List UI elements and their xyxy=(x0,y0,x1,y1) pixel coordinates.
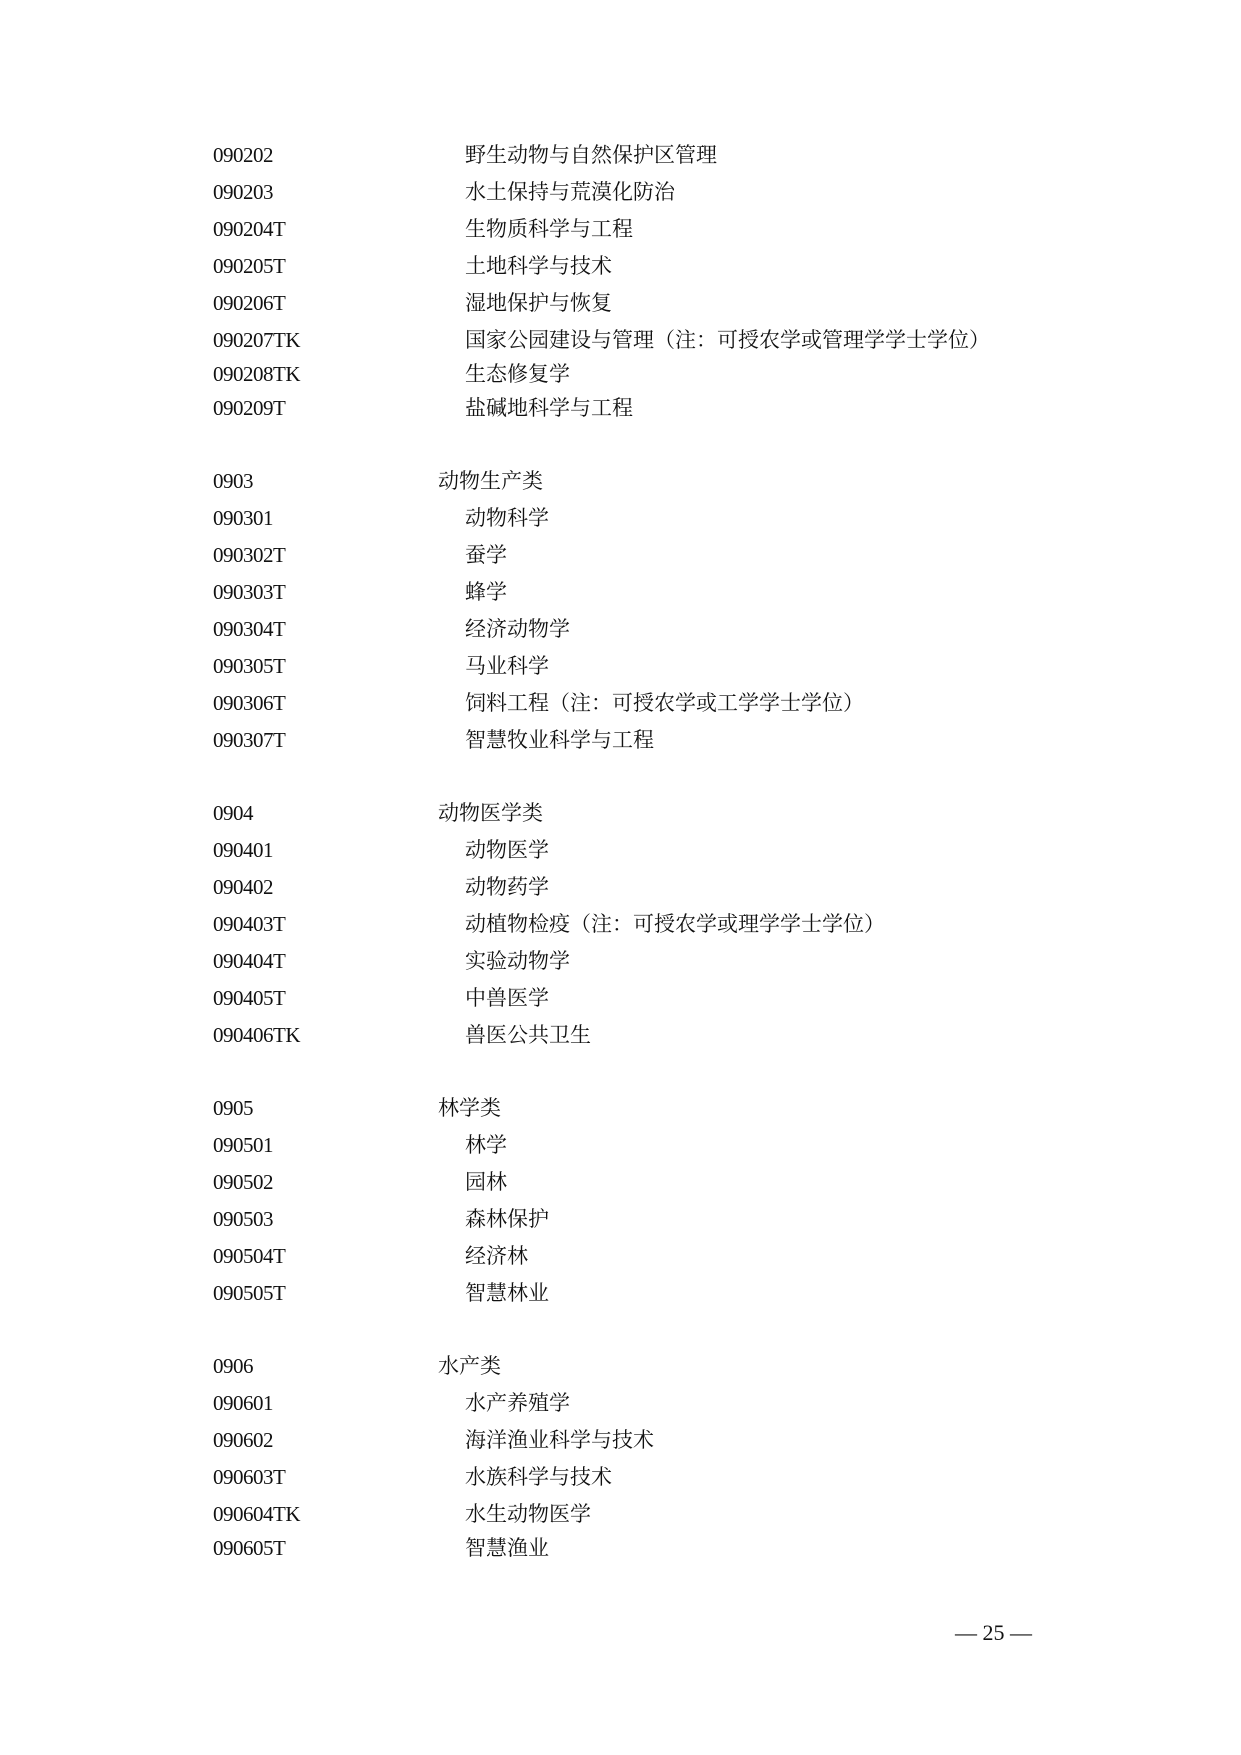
major-name: 经济动物学 xyxy=(465,612,570,646)
major-code: 090205T xyxy=(213,249,285,283)
major-name: 蜂学 xyxy=(465,575,507,609)
major-name: 生态修复学 xyxy=(465,357,570,391)
major-code: 090403T xyxy=(213,907,285,941)
major-row: 090404T实验动物学 xyxy=(0,944,1241,978)
major-code: 090604TK xyxy=(213,1497,300,1531)
major-row: 090503森林保护 xyxy=(0,1202,1241,1236)
major-code: 0904 xyxy=(213,796,253,830)
major-code: 090307T xyxy=(213,723,285,757)
major-code: 090203 xyxy=(213,175,273,209)
major-name: 土地科学与技术 xyxy=(465,249,612,283)
major-code: 090603T xyxy=(213,1460,285,1494)
major-row: 090204T生物质科学与工程 xyxy=(0,212,1241,246)
category-name: 林学类 xyxy=(438,1091,501,1125)
major-code: 090204T xyxy=(213,212,285,246)
major-code: 090406TK xyxy=(213,1018,300,1052)
major-row: 090406TK兽医公共卫生 xyxy=(0,1018,1241,1052)
major-name: 动物科学 xyxy=(465,501,549,535)
major-row: 090205T土地科学与技术 xyxy=(0,249,1241,283)
major-code: 090306T xyxy=(213,686,285,720)
major-name: 水族科学与技术 xyxy=(465,1460,612,1494)
major-code: 090602 xyxy=(213,1423,273,1457)
major-row: 090307T智慧牧业科学与工程 xyxy=(0,723,1241,757)
major-row: 090304T经济动物学 xyxy=(0,612,1241,646)
major-row: 090602海洋渔业科学与技术 xyxy=(0,1423,1241,1457)
major-row: 090306T饲料工程（注：可授农学或工学学士学位） xyxy=(0,686,1241,720)
major-row: 090505T智慧林业 xyxy=(0,1276,1241,1310)
major-code: 090207TK xyxy=(213,323,300,357)
major-code: 090502 xyxy=(213,1165,273,1199)
major-name: 森林保护 xyxy=(465,1202,549,1236)
category-name: 动物医学类 xyxy=(438,796,543,830)
major-name: 动物药学 xyxy=(465,870,549,904)
major-code: 090209T xyxy=(213,391,285,425)
category-name: 水产类 xyxy=(438,1349,501,1383)
major-code: 090505T xyxy=(213,1276,285,1310)
major-row: 090605T智慧渔业 xyxy=(0,1531,1241,1565)
major-code: 090301 xyxy=(213,501,273,535)
major-row: 090603T水族科学与技术 xyxy=(0,1460,1241,1494)
major-name: 盐碱地科学与工程 xyxy=(465,391,633,425)
major-name: 动物医学 xyxy=(465,833,549,867)
major-row: 090601水产养殖学 xyxy=(0,1386,1241,1420)
major-row: 090502园林 xyxy=(0,1165,1241,1199)
major-name: 智慧林业 xyxy=(465,1276,549,1310)
major-name: 水生动物医学 xyxy=(465,1497,591,1531)
major-name: 饲料工程（注：可授农学或工学学士学位） xyxy=(465,686,864,720)
major-code: 090605T xyxy=(213,1531,285,1565)
major-row: 090405T中兽医学 xyxy=(0,981,1241,1015)
major-name: 湿地保护与恢复 xyxy=(465,286,612,320)
major-name: 兽医公共卫生 xyxy=(465,1018,591,1052)
major-row: 090203水土保持与荒漠化防治 xyxy=(0,175,1241,209)
major-name: 野生动物与自然保护区管理 xyxy=(465,138,717,172)
major-name: 水土保持与荒漠化防治 xyxy=(465,175,675,209)
category-row: 0904动物医学类 xyxy=(0,796,1241,830)
major-row: 090305T马业科学 xyxy=(0,649,1241,683)
major-row: 090303T蜂学 xyxy=(0,575,1241,609)
major-code: 090402 xyxy=(213,870,273,904)
category-row: 0905林学类 xyxy=(0,1091,1241,1125)
major-name: 国家公园建设与管理（注：可授农学或管理学学士学位） xyxy=(465,323,990,357)
major-code: 090405T xyxy=(213,981,285,1015)
major-row: 090501林学 xyxy=(0,1128,1241,1162)
major-code: 090208TK xyxy=(213,357,300,391)
major-name: 动植物检疫（注：可授农学或理学学士学位） xyxy=(465,907,885,941)
major-row: 090301动物科学 xyxy=(0,501,1241,535)
major-row: 090202野生动物与自然保护区管理 xyxy=(0,138,1241,172)
major-name: 智慧牧业科学与工程 xyxy=(465,723,654,757)
category-row: 0906水产类 xyxy=(0,1349,1241,1383)
major-row: 090604TK水生动物医学 xyxy=(0,1497,1241,1531)
major-name: 生物质科学与工程 xyxy=(465,212,633,246)
major-name: 中兽医学 xyxy=(465,981,549,1015)
major-name: 实验动物学 xyxy=(465,944,570,978)
major-name: 蚕学 xyxy=(465,538,507,572)
major-code: 090401 xyxy=(213,833,273,867)
major-row: 090209T盐碱地科学与工程 xyxy=(0,391,1241,425)
major-code: 090303T xyxy=(213,575,285,609)
major-row: 090504T经济林 xyxy=(0,1239,1241,1273)
major-code: 090501 xyxy=(213,1128,273,1162)
category-row: 0903动物生产类 xyxy=(0,464,1241,498)
major-code: 090206T xyxy=(213,286,285,320)
major-code: 090202 xyxy=(213,138,273,172)
major-row: 090207TK国家公园建设与管理（注：可授农学或管理学学士学位） xyxy=(0,323,1241,357)
major-name: 经济林 xyxy=(465,1239,528,1273)
major-name: 林学 xyxy=(465,1128,507,1162)
major-row: 090208TK生态修复学 xyxy=(0,357,1241,391)
major-code: 0905 xyxy=(213,1091,253,1125)
major-name: 海洋渔业科学与技术 xyxy=(465,1423,654,1457)
major-name: 水产养殖学 xyxy=(465,1386,570,1420)
major-name: 马业科学 xyxy=(465,649,549,683)
major-code: 090504T xyxy=(213,1239,285,1273)
major-row: 090401动物医学 xyxy=(0,833,1241,867)
category-name: 动物生产类 xyxy=(438,464,543,498)
major-code: 090304T xyxy=(213,612,285,646)
major-code: 0906 xyxy=(213,1349,253,1383)
major-code: 0903 xyxy=(213,464,253,498)
major-code: 090404T xyxy=(213,944,285,978)
major-name: 园林 xyxy=(465,1165,507,1199)
major-row: 090402动物药学 xyxy=(0,870,1241,904)
page-number: — 25 — xyxy=(955,1620,1032,1646)
major-name: 智慧渔业 xyxy=(465,1531,549,1565)
major-code: 090601 xyxy=(213,1386,273,1420)
major-row: 090206T湿地保护与恢复 xyxy=(0,286,1241,320)
major-row: 090302T蚕学 xyxy=(0,538,1241,572)
major-code: 090302T xyxy=(213,538,285,572)
major-code: 090305T xyxy=(213,649,285,683)
major-code: 090503 xyxy=(213,1202,273,1236)
major-row: 090403T动植物检疫（注：可授农学或理学学士学位） xyxy=(0,907,1241,941)
